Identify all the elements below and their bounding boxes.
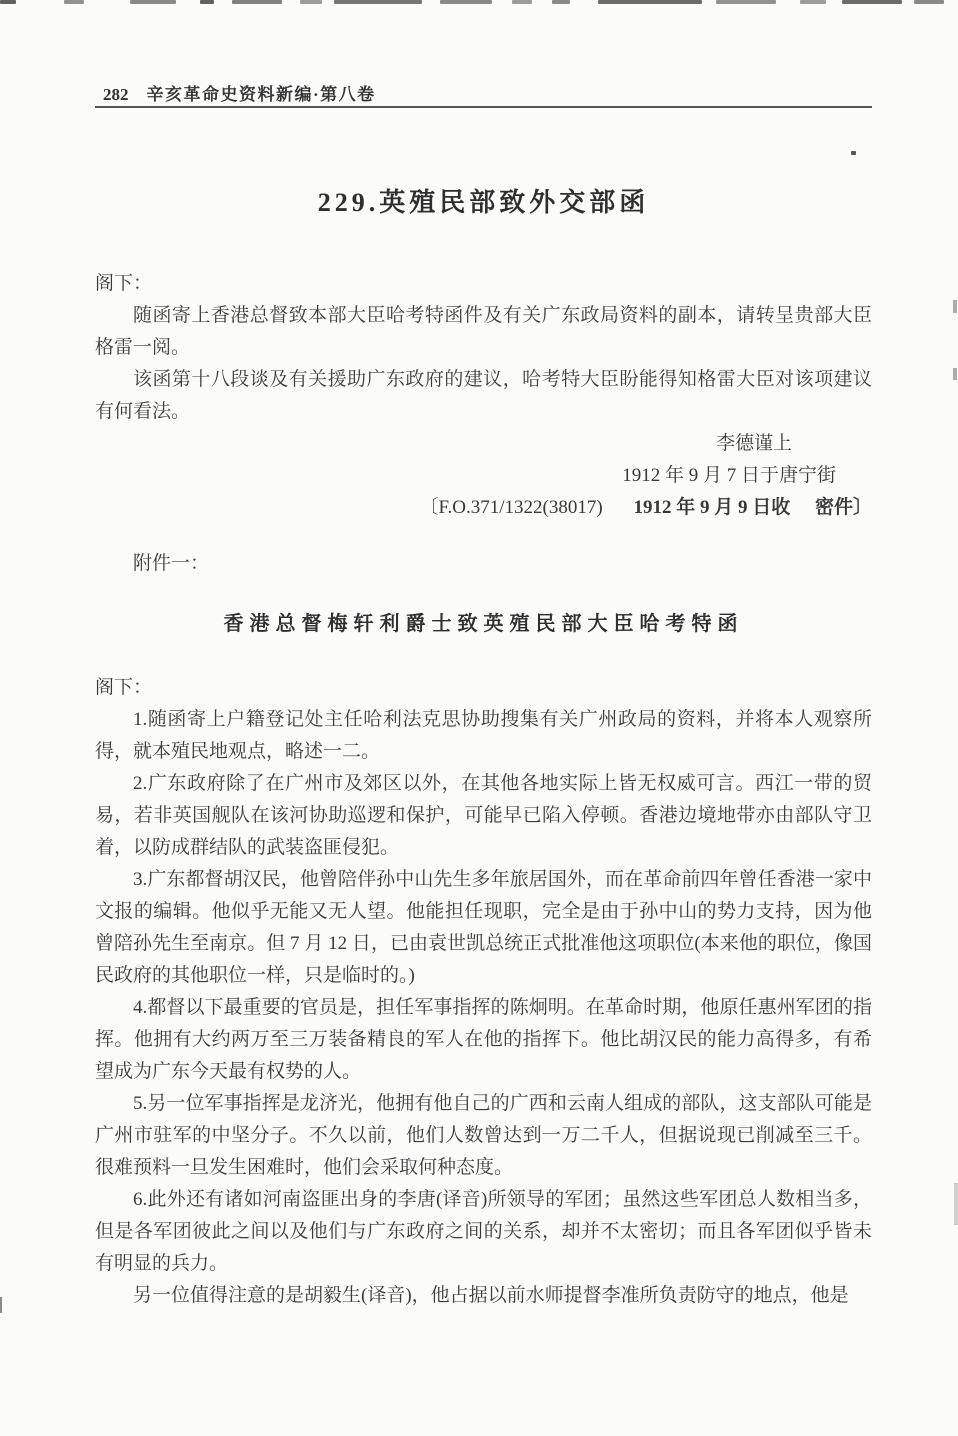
- scan-artifact-left-edge: [0, 1297, 2, 1313]
- archive-reference-line: 〔F.O.371/1322(38017) 1912 年 9 月 9 日收 密件〕: [95, 492, 872, 524]
- document-title: 229.英殖民部致外交部函: [95, 186, 872, 220]
- attachment-paragraph: 6.此外还有诸如河南盗匪出身的李唐(译音)所领导的军团；虽然这些军团总人数相当多…: [95, 1184, 872, 1280]
- attachment-paragraph: 5.另一位军事指挥是龙济光，他拥有他自己的广西和云南人组成的部队，这支部队可能是…: [95, 1088, 872, 1184]
- classification-label: 密件〕: [815, 497, 872, 518]
- received-date: 1912 年 9 月 9 日收: [633, 497, 790, 518]
- attachment-title: 香港总督梅轩利爵士致英殖民部大臣哈考特函: [95, 608, 872, 640]
- attachment-paragraph: 3.广东都督胡汉民，他曾陪伴孙中山先生多年旅居国外，而在革命前四年曾任香港一家中…: [95, 864, 872, 992]
- letter-paragraph: 该函第十八段谈及有关援助广东政府的建议，哈考特大臣盼能得知格雷大臣对该项建议有何…: [95, 364, 872, 428]
- attachment-paragraph: 另一位值得注意的是胡毅生(译音)，他占据以前水师提督李准所负责防守的地点，他是: [95, 1280, 872, 1312]
- attachment-paragraph: 2.广东政府除了在广州市及郊区以外，在其他各地实际上皆无权威可言。西江一带的贸易…: [95, 768, 872, 864]
- scan-artifact-right-edge: [953, 300, 957, 313]
- letter-signature: 李德谨上: [95, 428, 872, 460]
- letter-salutation: 阁下：: [95, 268, 872, 300]
- attachment-paragraph: 1.随函寄上户籍登记处主任哈利法克思协助搜集有关广州政局的资料，并将本人观察所得…: [95, 704, 872, 768]
- attachment-paragraph: 4.都督以下最重要的官员是，担任军事指挥的陈炯明。在革命时期，他原任惠州军团的指…: [95, 992, 872, 1088]
- scanned-book-page: 282 辛亥革命史资料新编·第八卷 229.英殖民部致外交部函 阁下： 随函寄上…: [0, 0, 958, 1436]
- attachment-salutation: 阁下：: [95, 672, 872, 704]
- letter-paragraph: 随函寄上香港总督致本部大臣哈考特函件及有关广东政局资料的副本，请转呈贵部大臣格雷…: [95, 300, 872, 364]
- scan-artifact-right-strip: [954, 1183, 958, 1225]
- archive-reference: 〔F.O.371/1322(38017): [420, 497, 603, 518]
- scan-artifact-right-edge: [953, 368, 957, 380]
- document-body: 229.英殖民部致外交部函 阁下： 随函寄上香港总督致本部大臣哈考特函件及有关广…: [95, 0, 872, 1312]
- letter-date-line: 1912 年 9 月 7 日于唐宁街: [95, 460, 872, 492]
- attachment-label: 附件一：: [95, 548, 872, 580]
